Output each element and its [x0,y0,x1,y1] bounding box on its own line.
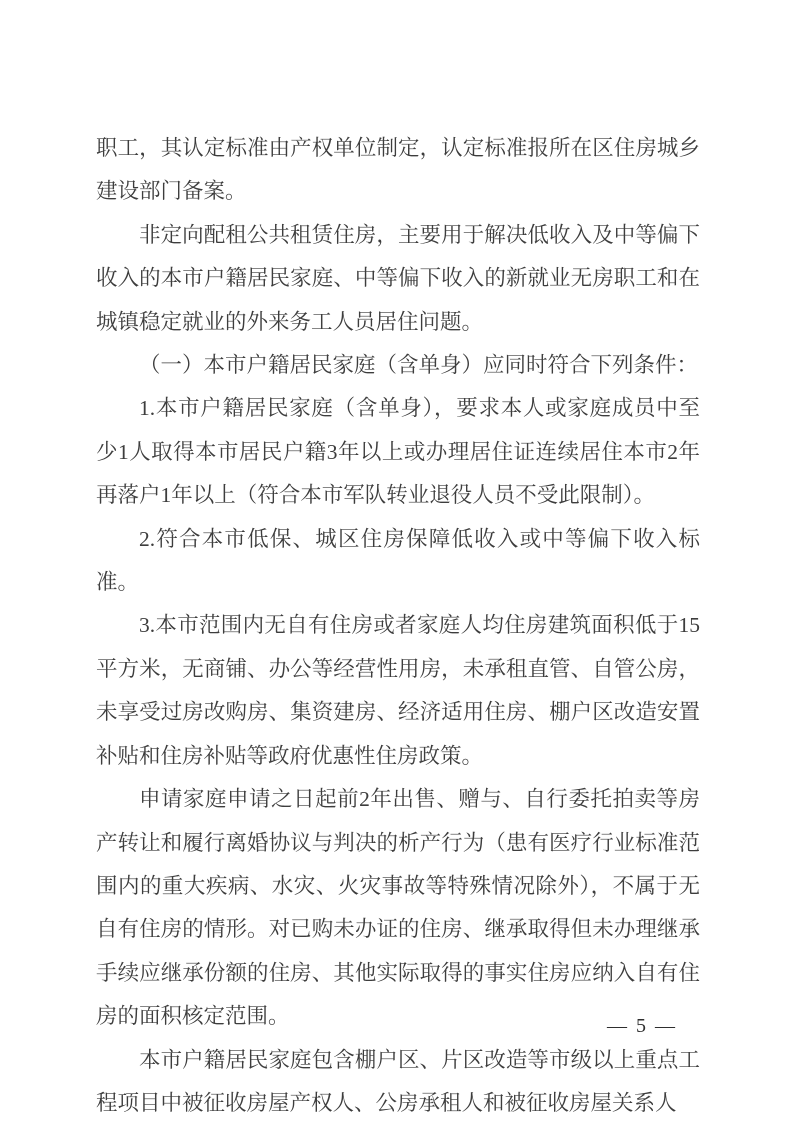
paragraph: 申请家庭申请之日起前2年出售、赠与、自行委托拍卖等房产转让和履行离婚协议与判决的… [96,778,700,1038]
paragraph: 非定向配租公共租赁住房，主要用于解决低收入及中等偏下收入的本市户籍居民家庭、中等… [96,214,700,344]
paragraph-condition-1: 1.本市户籍居民家庭（含单身），要求本人或家庭成员中至少1人取得本市居民户籍3年… [96,387,700,517]
document-page: 职工，其认定标准由产权单位制定，认定标准报所在区住房城乡建设部门备案。 非定向配… [0,0,794,1123]
paragraph-condition-3: 3.本市范围内无自有住房或者家庭人均住房建筑面积低于15平方米，无商铺、办公等经… [96,604,700,778]
paragraph-section-item: （一）本市户籍居民家庭（含单身）应同时符合下列条件： [96,344,700,387]
document-body: 职工，其认定标准由产权单位制定，认定标准报所在区住房城乡建设部门备案。 非定向配… [96,127,700,1123]
paragraph-continuation: 职工，其认定标准由产权单位制定，认定标准报所在区住房城乡建设部门备案。 [96,127,700,214]
paragraph: 本市户籍居民家庭包含棚户区、片区改造等市级以上重点工程项目中被征收房屋产权人、公… [96,1039,700,1123]
paragraph-condition-2: 2.符合本市低保、城区住房保障低收入或中等偏下收入标准。 [96,518,700,605]
page-number: — 5 — [596,1015,688,1038]
